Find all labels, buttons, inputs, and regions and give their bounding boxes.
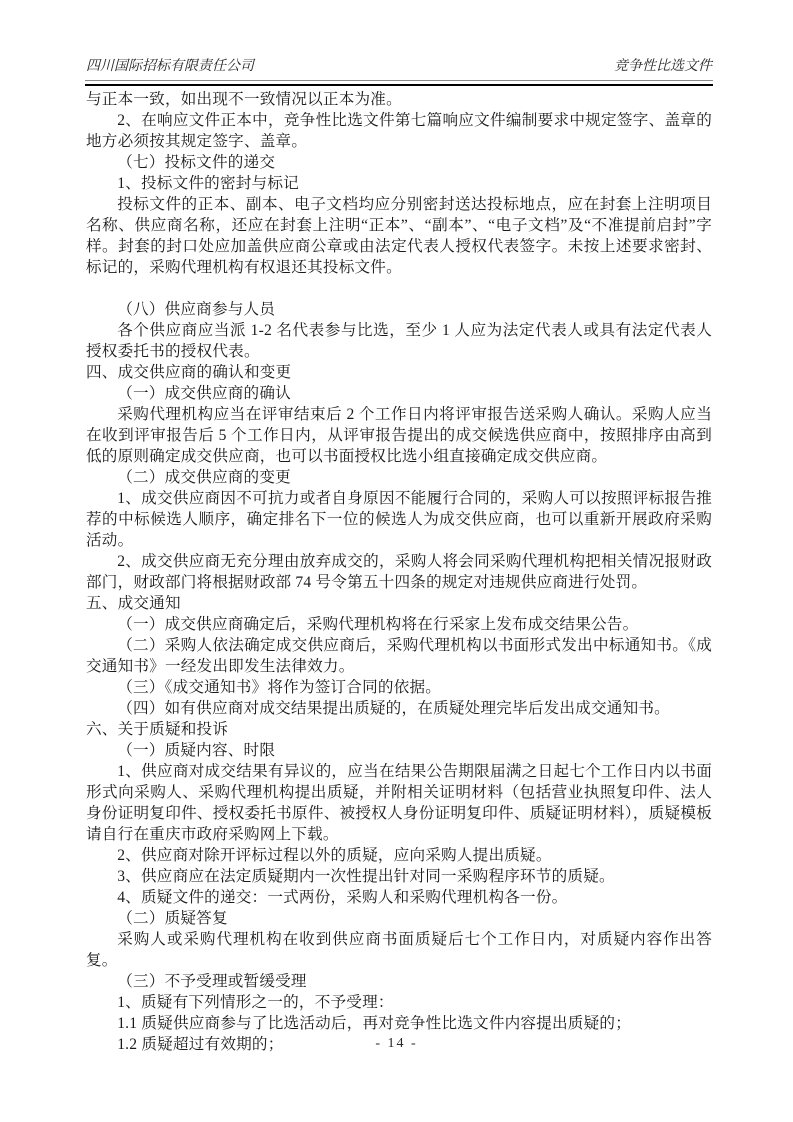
paragraph: （七）投标文件的递交 xyxy=(86,152,712,173)
paragraph: （一）成交供应商确定后，采购代理机构将在行采家上发布成交结果公告。 xyxy=(86,614,712,635)
document-body: 与正本一致，如出现不一致情况以正本为准。2、在响应文件正本中，竞争性比选文件第七… xyxy=(86,89,712,1055)
page-number: - 14 - xyxy=(0,1036,793,1052)
paragraph: 与正本一致，如出现不一致情况以正本为准。 xyxy=(86,89,712,110)
section-heading: 六、关于质疑和投诉 xyxy=(86,719,712,740)
paragraph: （二）采购人依法确定成交供应商后，采购代理机构以书面形式发出中标通知书。《成交通… xyxy=(86,635,712,677)
paragraph: 1、供应商对成交结果有异议的，应当在结果公告期限届满之日起七个工作日内以书面形式… xyxy=(86,761,712,845)
paragraph: （三）《成交通知书》将作为签订合同的依据。 xyxy=(86,677,712,698)
paragraph: （一）质疑内容、时限 xyxy=(86,740,712,761)
page-header: 四川国际招标有限责任公司 竞争性比选文件 xyxy=(86,58,712,76)
paragraph: 各个供应商应当派 1-2 名代表参与比选，至少 1 人应为法定代表人或具有法定代… xyxy=(86,320,712,362)
paragraph: （四）如有供应商对成交结果提出质疑的，在质疑处理完毕后发出成交通知书。 xyxy=(86,698,712,719)
paragraph: 投标文件的正本、副本、电子文档均应分别密封送达投标地点，应在封套上注明项目名称、… xyxy=(86,194,712,278)
section-heading: 四、成交供应商的确认和变更 xyxy=(86,362,712,383)
header-doc-type: 竞争性比选文件 xyxy=(614,58,712,76)
paragraph: 1、投标文件的密封与标记 xyxy=(86,173,712,194)
paragraph: 3、供应商应在法定质疑期内一次性提出针对同一采购程序环节的质疑。 xyxy=(86,866,712,887)
paragraph: （八）供应商参与人员 xyxy=(86,299,712,320)
header-rule xyxy=(85,80,713,86)
document-page: 四川国际招标有限责任公司 竞争性比选文件 与正本一致，如出现不一致情况以正本为准… xyxy=(0,0,793,1122)
paragraph: 1、成交供应商因不可抗力或者自身原因不能履行合同的，采购人可以按照评标报告推荐的… xyxy=(86,488,712,551)
paragraph: （二）成交供应商的变更 xyxy=(86,467,712,488)
paragraph: 采购人或采购代理机构在收到供应商书面质疑后七个工作日内，对质疑内容作出答复。 xyxy=(86,929,712,971)
paragraph: （二）质疑答复 xyxy=(86,908,712,929)
paragraph: 2、供应商对除开评标过程以外的质疑，应向采购人提出质疑。 xyxy=(86,845,712,866)
paragraph: 2、成交供应商无充分理由放弃成交的，采购人将会同采购代理机构把相关情况报财政部门… xyxy=(86,551,712,593)
section-heading: 五、成交通知 xyxy=(86,593,712,614)
paragraph: （三）不予受理或暂缓受理 xyxy=(86,971,712,992)
paragraph: 采购代理机构应当在评审结束后 2 个工作日内将评审报告送采购人确认。采购人应当在… xyxy=(86,404,712,467)
paragraph: 1.1 质疑供应商参与了比选活动后，再对竞争性比选文件内容提出质疑的； xyxy=(86,1013,712,1034)
paragraph: 4、质疑文件的递交：一式两份，采购人和采购代理机构各一份。 xyxy=(86,887,712,908)
paragraph: 2、在响应文件正本中，竞争性比选文件第七篇响应文件编制要求中规定签字、盖章的地方… xyxy=(86,110,712,152)
header-company-name: 四川国际招标有限责任公司 xyxy=(86,58,254,76)
paragraph: 1、质疑有下列情形之一的，不予受理： xyxy=(86,992,712,1013)
paragraph: （一）成交供应商的确认 xyxy=(86,383,712,404)
